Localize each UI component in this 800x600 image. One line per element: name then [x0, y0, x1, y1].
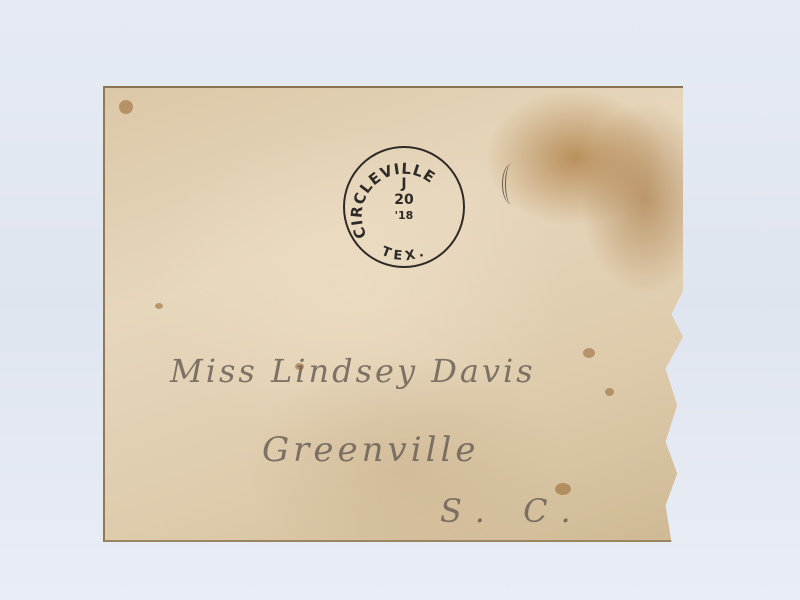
postmark-year: '18 — [389, 208, 419, 224]
stain — [605, 388, 614, 396]
address-line-3: S. C. — [440, 492, 585, 530]
cancel-mark — [502, 164, 520, 204]
address-line-1: Miss Lindsey Davis — [170, 352, 536, 390]
stain — [155, 303, 163, 309]
postmark-month: J — [389, 176, 419, 192]
photo: CIRCLEVILLE TEX. J 20 '18 Miss Lindsey D… — [0, 0, 800, 600]
postmark: CIRCLEVILLE TEX. J 20 '18 — [343, 146, 465, 268]
stain — [583, 348, 595, 358]
svg-text:TEX.: TEX. — [379, 244, 429, 265]
postmark-date: J 20 '18 — [389, 176, 419, 224]
postmark-day: 20 — [389, 192, 419, 208]
postmark-state: TEX. — [379, 244, 429, 265]
stain — [119, 100, 133, 114]
address-line-2: Greenville — [262, 430, 480, 470]
